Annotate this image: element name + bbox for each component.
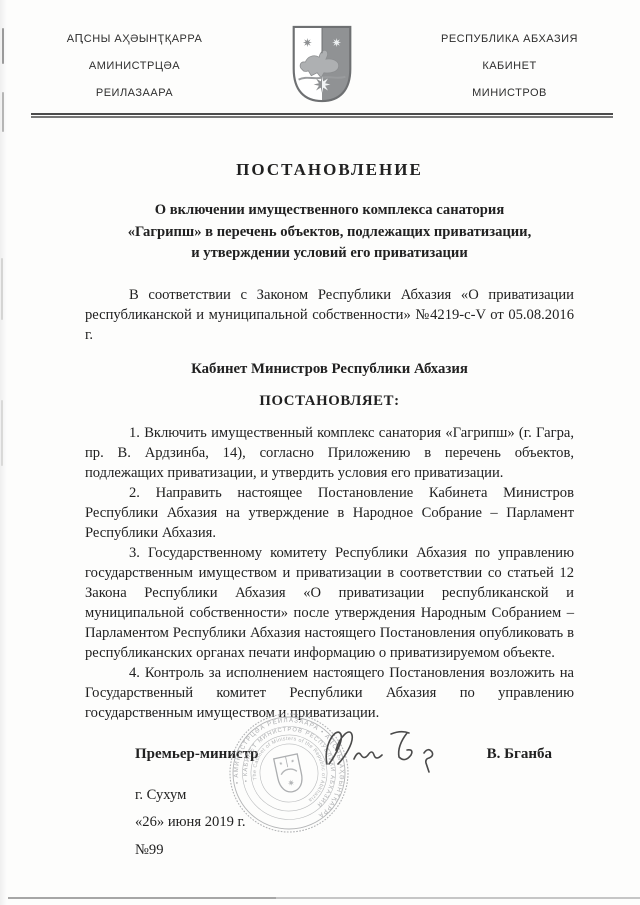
signer-name: В. Бганба — [487, 746, 552, 763]
signature-block: • АМИНИСТРЦӘА РЕИЛАЗААРА • АԤСНЫ АҲӘЫНҬҚ… — [85, 738, 574, 878]
scan-streak — [1, 258, 3, 320]
star-icon — [303, 38, 312, 47]
intro-paragraph: В соответствии с Законом Республики Абха… — [85, 285, 574, 345]
letterhead-russian-line: РЕСПУБЛИКА АБХАЗИЯ — [407, 26, 612, 53]
letterhead-abkhaz-line: РЕИЛАЗААРА — [32, 80, 237, 107]
letterhead-russian: РЕСПУБЛИКА АБХАЗИЯ КАБИНЕТ МИНИСТРОВ — [407, 26, 612, 107]
scan-bottom-line — [8, 897, 276, 899]
scan-bottom-line — [276, 897, 640, 899]
scan-streak — [2, 28, 4, 64]
scanned-decree-page: АԤСНЫ АҲӘЫНҬҚАРРА АМИНИСТРЦӘА РЕИЛАЗААРА — [0, 0, 640, 905]
doc-subtitle-line: О включении имущественного комплекса сан… — [85, 200, 574, 222]
sign-number: №99 — [135, 842, 164, 859]
decree-item-2: 2. Направить настоящее Постановление Каб… — [85, 483, 574, 543]
signature-autograph — [321, 724, 453, 780]
decree-item-1: 1. Включить имущественный комплекс санат… — [85, 423, 574, 483]
decree-item-3: 3. Государственному комитету Республики … — [85, 543, 574, 663]
letterhead: АԤСНЫ АҲӘЫНҬҚАРРА АМИНИСТРЦӘА РЕИЛАЗААРА — [32, 26, 612, 107]
org-name-line: Кабинет Министров Республики Абхазия — [85, 361, 574, 378]
abkhazia-coat-of-arms-icon — [290, 24, 354, 104]
letterhead-abkhaz-line: АԤСНЫ АҲӘЫНҬҚАРРА — [32, 26, 237, 53]
letterhead-abkhaz: АԤСНЫ АҲӘЫНҬҚАРРА АМИНИСТРЦӘА РЕИЛАЗААРА — [32, 26, 237, 107]
letterhead-divider-rule — [31, 113, 613, 118]
doc-subtitle: О включении имущественного комплекса сан… — [85, 200, 574, 265]
decree-verb-line: ПОСТАНОВЛЯЕТ: — [85, 393, 574, 410]
sign-city: г. Сухум — [135, 787, 186, 804]
scan-streak — [2, 92, 4, 132]
doc-title: ПОСТАНОВЛЕНИЕ — [85, 160, 574, 180]
decree-body: ПОСТАНОВЛЕНИЕ О включении имущественного… — [85, 160, 574, 723]
doc-subtitle-line: и утверждении условий его приватизации — [85, 243, 574, 265]
letterhead-russian-line: КАБИНЕТ — [407, 53, 612, 80]
letterhead-abkhaz-line: АМИНИСТРЦӘА — [32, 53, 237, 80]
letterhead-russian-line: МИНИСТРОВ — [407, 80, 612, 107]
star-icon — [332, 38, 341, 47]
scan-streak — [1, 400, 3, 466]
doc-subtitle-line: «Гагрипш» в перечень объектов, подлежащи… — [85, 222, 574, 244]
stamp-center-emblem — [274, 754, 305, 794]
